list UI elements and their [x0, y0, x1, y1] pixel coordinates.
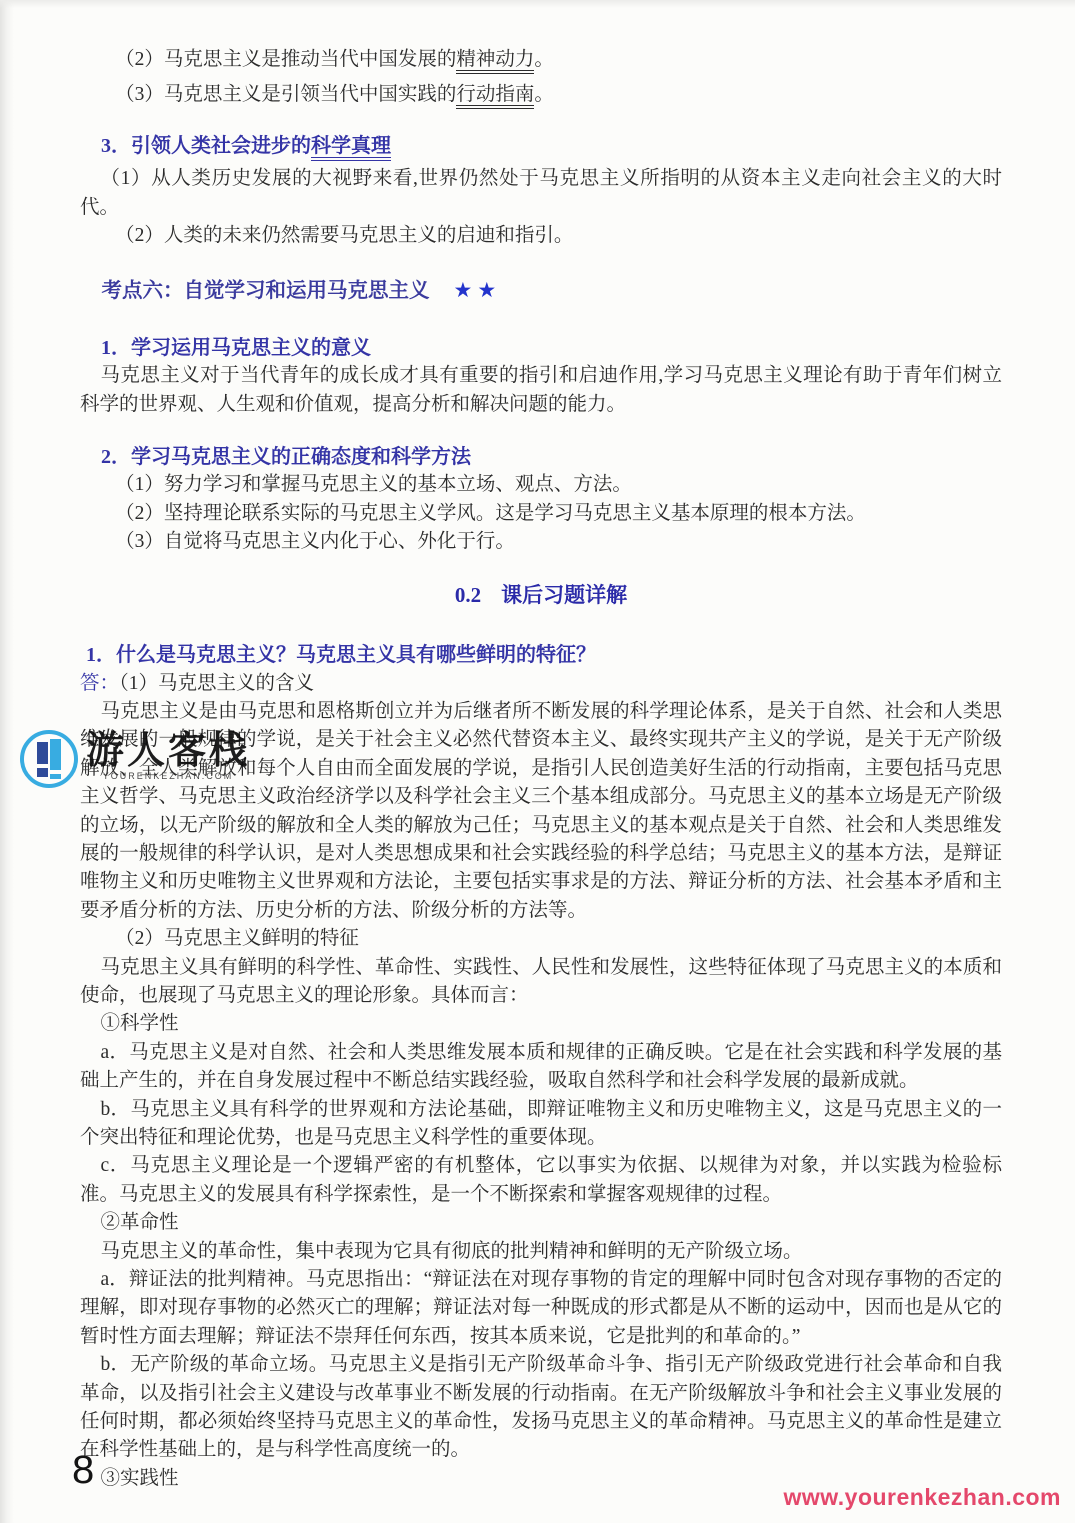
paragraph: 马克思主义的革命性，集中表现为它具有彻底的批判精神和鲜明的无产阶级立场。	[80, 1238, 1002, 1266]
page-body-text: （2）马克思主义是推动当代中国发展的精神动力。 （3）马克思主义是引领当代中国实…	[80, 46, 1002, 1493]
paragraph: 马克思主义是由马克思和恩格斯创立并为后继者所不断发展的科学理论体系，是关于自然、…	[80, 698, 1002, 925]
paragraph: b．马克思主义具有科学的世界观和方法论基础，即辩证唯物主义和历史唯物主义，这是马…	[80, 1096, 1002, 1153]
body-line: （2）人类的未来仍然需要马克思主义的启迪和指引。	[80, 222, 1002, 250]
section-title: 课后习题详解	[501, 583, 627, 607]
underlined-term: 精神动力	[456, 49, 534, 74]
paragraph: a．辩证法的批判精神。马克思指出：“辩证法在对现存事物的肯定的理解中同时包含对现…	[80, 1266, 1002, 1351]
section-heading: 1．学习运用马克思主义的意义	[80, 334, 1002, 362]
body-line: （1）从人类历史发展的大视野来看,世界仍然处于马克思主义所指明的从资本主义走向社…	[80, 165, 1002, 222]
paragraph: c．马克思主义理论是一个逻辑严密的有机整体，它以事实为依据、以规律为对象，并以实…	[80, 1152, 1002, 1209]
paragraph: a．马克思主义是对自然、社会和人类思维发展本质和规律的正确反映。它是在社会实践和…	[80, 1039, 1002, 1096]
page-number: 8	[72, 1448, 94, 1493]
answer-label: 答：	[80, 673, 119, 694]
answer-line: 答：（1）马克思主义的含义	[80, 670, 1002, 698]
star-rating: ★★	[454, 278, 502, 302]
exam-point-heading: 考点六：自觉学习和运用马克思主义★★	[80, 276, 1002, 305]
paragraph: b．无产阶级的革命立场。马克思主义是指引无产阶级革命斗争、指引无产阶级政党进行社…	[80, 1351, 1002, 1465]
body-line: ①科学性	[80, 1010, 1002, 1038]
body-line: （3）马克思主义是引领当代中国实践的行动指南。	[80, 81, 1002, 109]
body-line: （2）马克思主义是推动当代中国发展的精神动力。	[80, 46, 1002, 74]
section-heading: 2．学习马克思主义的正确态度和科学方法	[80, 443, 1002, 471]
underlined-term: 科学真理	[311, 135, 391, 161]
body-line: ②革命性	[80, 1209, 1002, 1237]
body-line: （3）自觉将马克思主义内化于心、外化于行。	[80, 528, 1002, 556]
brand-logo-icon	[20, 730, 78, 788]
document-page: （2）马克思主义是推动当代中国发展的精神动力。 （3）马克思主义是引领当代中国实…	[0, 0, 1075, 1523]
paragraph: 马克思主义具有鲜明的科学性、革命性、实践性、人民性和发展性，这些特征体现了马克思…	[80, 954, 1002, 1011]
question-heading: 1．什么是马克思主义？马克思主义具有哪些鲜明的特征？	[80, 641, 1002, 669]
body-line: （1）努力学习和掌握马克思主义的基本立场、观点、方法。	[80, 471, 1002, 499]
footer-url: www.yourenkezhan.com	[783, 1484, 1061, 1511]
body-line: （2）坚持理论联系实际的马克思主义学风。这是学习马克思主义基本原理的根本方法。	[80, 500, 1002, 528]
section-heading: 3．引领人类社会进步的科学真理	[80, 132, 1002, 160]
body-line: （2）马克思主义鲜明的特征	[80, 925, 1002, 953]
paragraph: 马克思主义对于当代青年的成长成才具有重要的指引和启迪作用,学习马克思主义理论有助…	[80, 362, 1002, 419]
section-number: 0.2	[455, 583, 481, 607]
underlined-term: 行动指南	[456, 84, 534, 109]
chapter-section-heading: 0.2课后习题详解	[80, 581, 1002, 609]
